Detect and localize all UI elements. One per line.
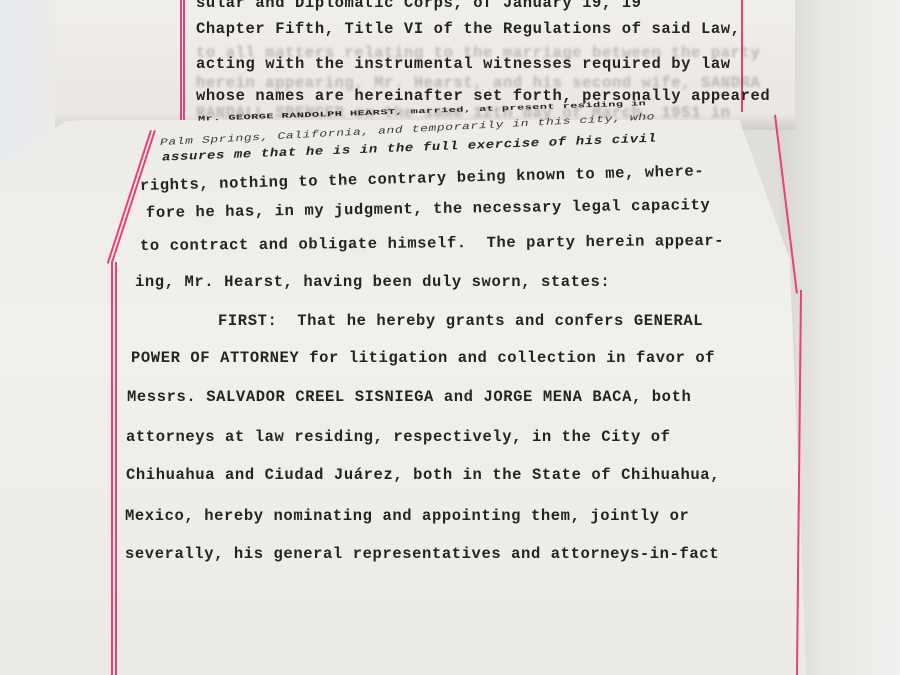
doc-line-lower-8: attorneys at law residing, respectively,… bbox=[126, 428, 671, 446]
doc-line-upper-2: acting with the instrumental witnesses r… bbox=[196, 55, 731, 73]
doc-line-lower-10: Mexico, hereby nominating and appointing… bbox=[125, 507, 689, 525]
doc-line-lower-7: Messrs. SALVADOR CREEL SISNIEGA and JORG… bbox=[127, 388, 691, 406]
doc-line-upper-1: Chapter Fifth, Title VI of the Regulatio… bbox=[196, 20, 741, 38]
doc-line-lower-4: ing, Mr. Hearst, having been duly sworn,… bbox=[135, 273, 610, 291]
doc-line-upper-3: whose names are hereinafter set forth, p… bbox=[196, 87, 770, 105]
doc-line-lower-5: FIRST: That he hereby grants and confers… bbox=[218, 312, 703, 330]
left-margin-line-upper bbox=[180, 0, 182, 128]
doc-line-lower-6: POWER OF ATTORNEY for litigation and col… bbox=[131, 349, 715, 367]
doc-line-lower-9: Chihuahua and Ciudad Juárez, both in the… bbox=[126, 466, 720, 484]
left-margin-line-upper-2 bbox=[183, 0, 185, 128]
left-margin-line-lower-2 bbox=[115, 262, 117, 675]
doc-line-lower-11: severally, his general representatives a… bbox=[125, 545, 719, 563]
doc-line-upper-0: sular and Diplomatic Corps, of January 1… bbox=[196, 0, 642, 12]
left-margin-line-lower bbox=[111, 262, 113, 675]
